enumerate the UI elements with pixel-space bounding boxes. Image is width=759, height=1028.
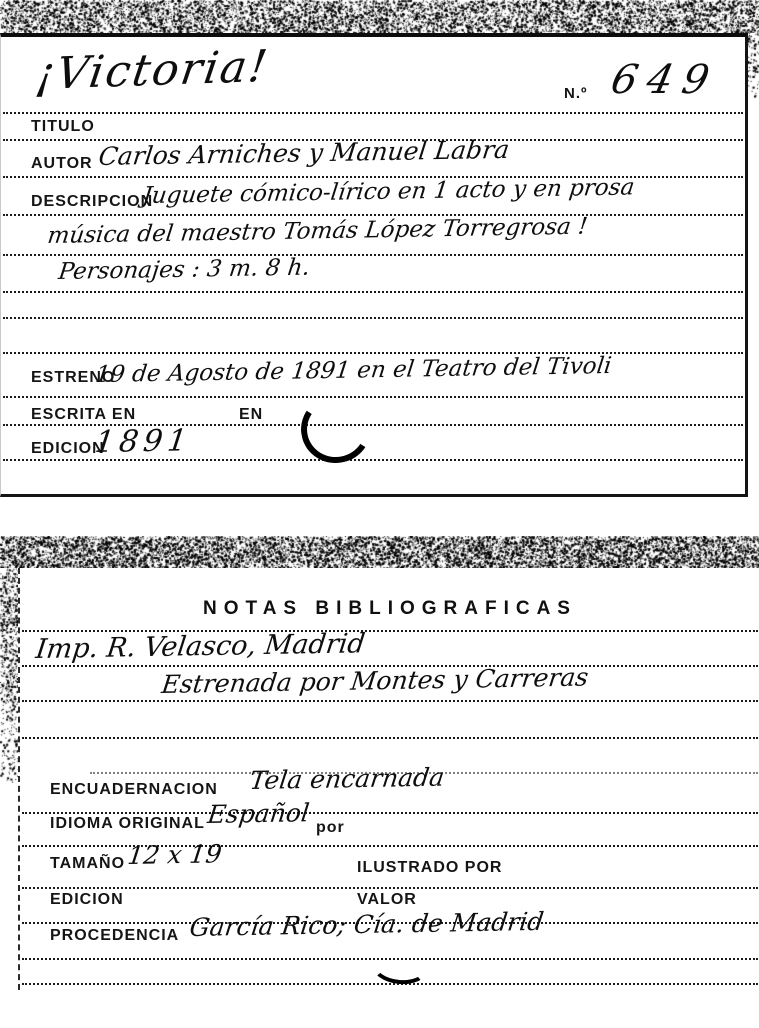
- descripcion-value2-handwritten: música del maestro Tomás López Torregros…: [46, 214, 589, 249]
- ruled-line: [3, 352, 743, 354]
- field-label-tamano: TAMAÑO: [50, 855, 125, 873]
- edicion-value-handwritten: 1891: [93, 423, 194, 460]
- ruled-line: [22, 812, 758, 814]
- notas-bibliograficas-header: NOTAS BIBLIOGRAFICAS: [20, 598, 759, 620]
- ruled-line: [22, 700, 758, 702]
- ruled-line: [22, 887, 758, 889]
- ruled-line: [22, 737, 758, 739]
- field-label-idioma-original: IDIOMA ORIGINAL: [50, 815, 205, 833]
- idioma-value-handwritten: Español: [206, 798, 311, 829]
- field-label-edicion-2: EDICION: [50, 891, 124, 909]
- field-label-ilustrado-por: ILUSTRADO POR: [357, 859, 502, 877]
- field-label-procedencia: PROCEDENCIA: [50, 927, 179, 945]
- tamano-value-handwritten: 12 x 19: [126, 839, 223, 870]
- ruled-line: [3, 396, 743, 398]
- procedencia-value-handwritten: García Rico; Cía. de Madrid: [188, 907, 545, 942]
- ruled-line: [3, 214, 743, 216]
- imprenta-note-handwritten: Imp. R. Velasco, Madrid: [34, 628, 367, 665]
- number-label: N.º: [564, 85, 587, 102]
- encuadernacion-value-handwritten: Tela encarnada: [248, 763, 446, 795]
- ruled-line: [3, 317, 743, 319]
- personajes-handwritten: Personajes : 3 m. 8 h.: [57, 255, 311, 285]
- ink-blot-arc: [295, 388, 378, 469]
- descripcion-value-handwritten: Juguete cómico-lírico en 1 acto y en pro…: [141, 174, 636, 209]
- field-label-en: EN: [239, 406, 263, 424]
- ruled-line: [3, 112, 743, 114]
- autor-value-handwritten: Carlos Arniches y Manuel Labra: [97, 135, 511, 171]
- estrenada-note-handwritten: Estrenada por Montes y Carreras: [160, 663, 590, 699]
- field-label-escrita-en: ESCRITA EN: [31, 406, 136, 424]
- ruled-line: [3, 254, 743, 256]
- field-label-encuadernacion: ENCUADERNACION: [50, 781, 218, 799]
- ruled-line: [22, 983, 758, 985]
- ruled-line: [3, 291, 743, 293]
- scan-noise-band-top: [0, 0, 759, 33]
- title-handwritten: ¡Victoria!: [33, 41, 272, 100]
- ink-smudge-arc: [370, 947, 429, 987]
- field-label-titulo: TITULO: [31, 118, 95, 136]
- field-label-valor: VALOR: [357, 891, 417, 909]
- scan-noise-band-middle: [0, 536, 759, 568]
- scanned-catalog-page: { "card1": { "title_handwritten": "¡Vict…: [0, 0, 759, 1028]
- estreno-value-handwritten: 19 de Agosto de 1891 en el Teatro del Ti…: [94, 353, 613, 388]
- field-label-por: por: [316, 819, 345, 837]
- field-label-descripcion: DESCRIPCION: [31, 193, 153, 211]
- card-number-handwritten: 649: [607, 57, 723, 103]
- catalog-card-front: ¡Victoria! N.º 649 TITULO AUTOR Carlos A…: [0, 33, 748, 497]
- catalog-card-back: NOTAS BIBLIOGRAFICAS Imp. R. Velasco, Ma…: [18, 568, 759, 990]
- field-label-autor: AUTOR: [31, 155, 93, 173]
